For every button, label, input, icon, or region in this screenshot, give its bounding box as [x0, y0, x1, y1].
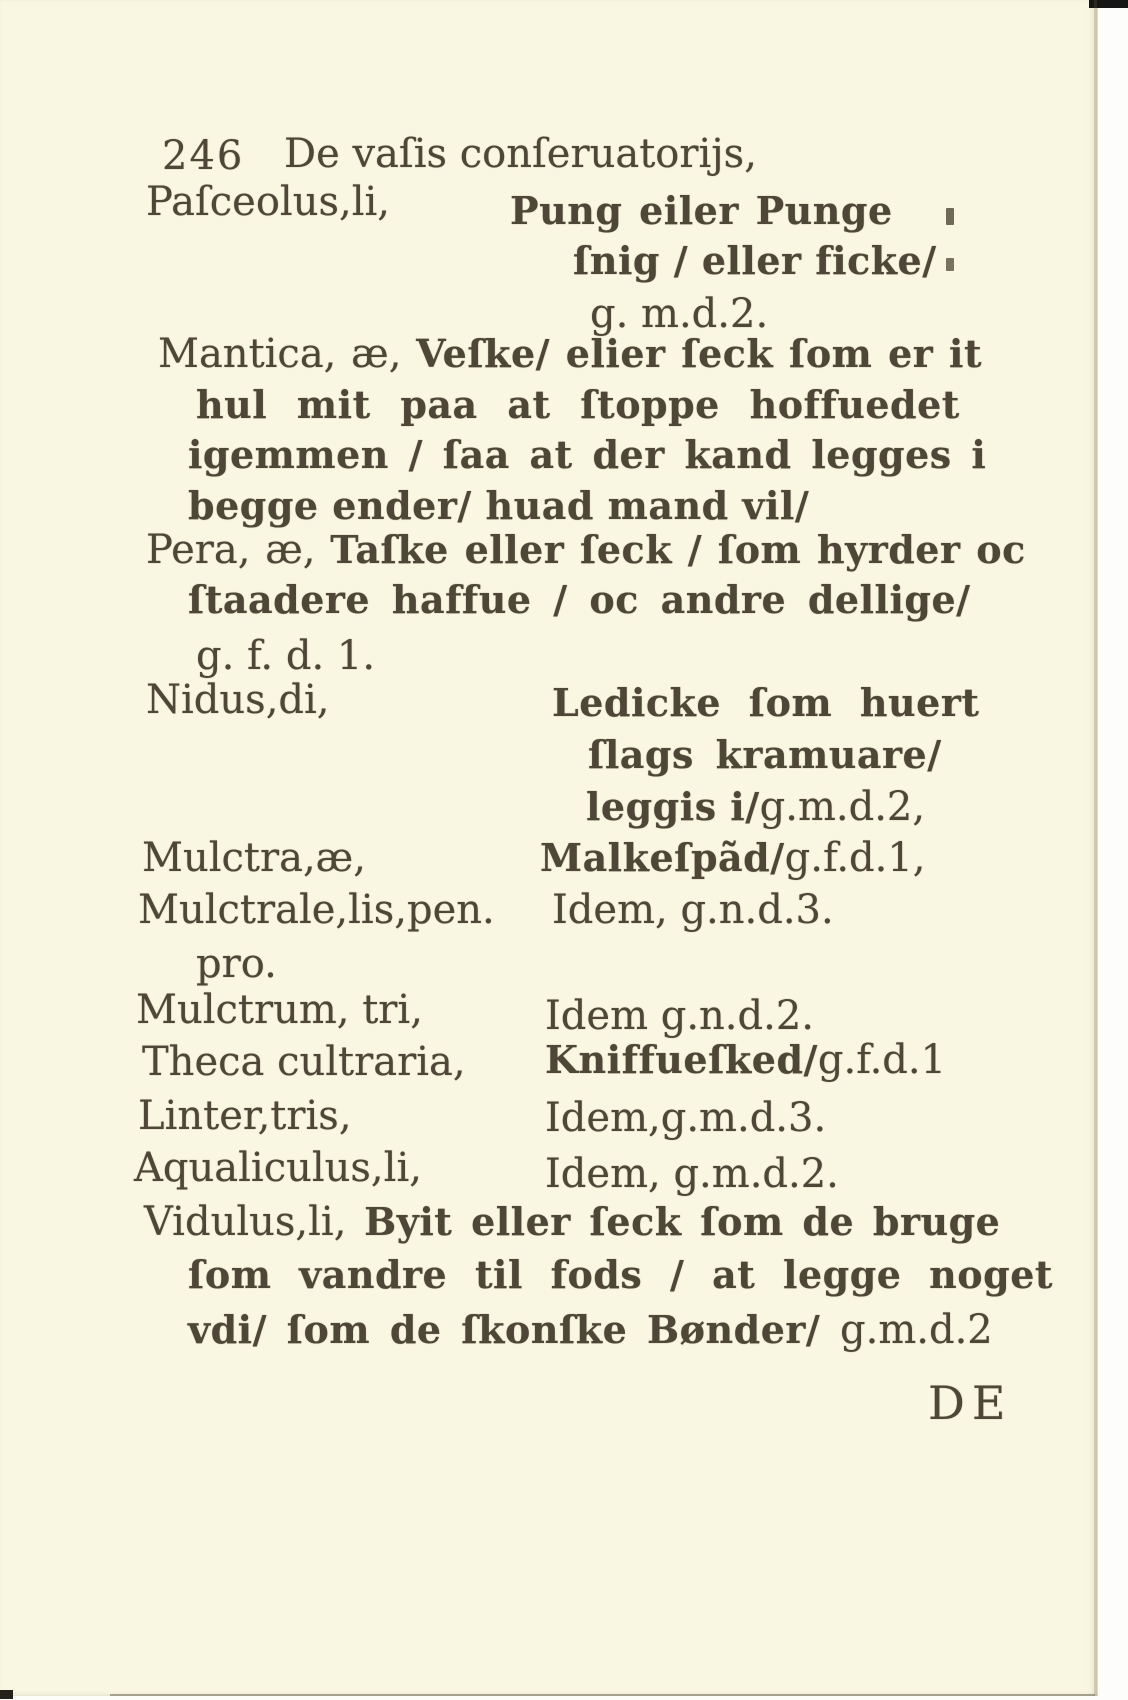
- scan-artifact-bottom-line: [110, 1694, 1095, 1696]
- entry-mulctra-gender: g.f.d.1,: [785, 835, 926, 881]
- scanned-book-page: 246 De vaſis conſeruatorijs, Paſceolus,l…: [0, 0, 1128, 1700]
- entry-mantica-latin: Mantica, æ,: [158, 331, 416, 377]
- entry-mulctra-definition-line: Malkeſpãd/g.f.d.1,: [540, 838, 926, 878]
- entry-mantica-line-3: igemmen / ſaa at der kand legges i: [188, 436, 986, 474]
- entry-mulctrum-definition: Idem g.n.d.2.: [545, 996, 814, 1036]
- entry-vidulus-line-2: ſom vandre til fods / at legge noget: [188, 1256, 1053, 1294]
- entry-mantica-line-4: begge ender/ huad mand vil/: [188, 487, 809, 525]
- entry-pasceolus-gender: g. m.d.2.: [590, 294, 768, 334]
- entry-mulctrale-latin: Mulctrale,lis,pen.: [138, 890, 495, 930]
- entry-vidulus-definition: Byit eller ſeck ſom de bruge: [364, 1199, 1000, 1244]
- entry-mantica-line-2: hul mit paa at ſtoppe hoffuedet: [196, 386, 960, 424]
- entry-vidulus-gender: g.m.d.2: [840, 1307, 993, 1353]
- entry-pera-line-1: Pera, æ, Taſke eller ſeck / ſom hyrder o…: [146, 530, 1026, 570]
- running-header: De vaſis conſeruatorijs,: [284, 134, 757, 174]
- entry-nidus-definition-line-1: Ledicke ſom huert: [552, 684, 979, 722]
- entry-pera-definition: Taſke eller ſeck / ſom hyrder oc: [330, 527, 1026, 572]
- entry-theca-latin: Theca cultraria,: [142, 1042, 466, 1082]
- ink-speck: [946, 208, 954, 225]
- entry-linter-latin: Linter,tris,: [138, 1096, 352, 1136]
- entry-theca-gender: g.f.d.1: [818, 1037, 946, 1083]
- entry-nidus-definition-line-2: ſlags kramuare/: [588, 736, 942, 774]
- entry-mulctra-latin: Mulctra,æ,: [142, 838, 366, 878]
- entry-mulctrum-latin: Mulctrum, tri,: [136, 990, 423, 1030]
- page-number: 246: [162, 136, 244, 176]
- entry-linter-definition: Idem,g.m.d.3.: [545, 1098, 826, 1138]
- entry-pasceolus-latin: Paſceolus,li,: [146, 182, 390, 222]
- entry-mantica-definition: Veſke/ elier ſeck ſom er it: [416, 331, 982, 376]
- entry-nidus-definition-line-3: leggis i/g.m.d.2,: [586, 787, 925, 827]
- entry-theca-definition-line: Kniffueſked/g.f.d.1: [545, 1040, 946, 1080]
- entry-pasceolus-definition-line-2: ſnig / eller ficke/: [573, 242, 937, 280]
- entry-mantica-line-1: Mantica, æ, Veſke/ elier ſeck ſom er it: [158, 334, 982, 374]
- page-edge-shadow: [1094, 0, 1097, 1696]
- catchword: DE: [928, 1380, 1012, 1426]
- entry-pera-latin: Pera, æ,: [146, 527, 330, 573]
- entry-aqualiculus-definition: Idem, g.m.d.2.: [545, 1154, 839, 1194]
- ink-speck: [946, 258, 954, 271]
- entry-nidus-definition-tail: leggis i/: [586, 784, 760, 829]
- entry-pasceolus-definition-line-1: Pung eiler Punge: [510, 192, 893, 230]
- entry-vidulus-line-3: vdi/ ſom de ſkonſke Bønder/ g.m.d.2: [188, 1310, 993, 1350]
- entry-vidulus-latin: Vidulus,li,: [144, 1199, 364, 1245]
- scan-artifact-bottom-corner: [0, 1690, 13, 1699]
- entry-nidus-gender: g.m.d.2,: [760, 784, 925, 830]
- entry-theca-definition: Kniffueſked/: [545, 1037, 818, 1082]
- entry-pera-gender: g. f. d. 1.: [196, 636, 375, 676]
- entry-mulctra-definition: Malkeſpãd/: [540, 835, 785, 880]
- entry-aqualiculus-latin: Aqualiculus,li,: [134, 1148, 422, 1188]
- entry-vidulus-line-1: Vidulus,li, Byit eller ſeck ſom de bruge: [144, 1202, 1000, 1242]
- entry-mulctrale-definition: Idem, g.n.d.3.: [552, 890, 834, 930]
- entry-nidus-latin: Nidus,di,: [146, 680, 330, 720]
- entry-mulctrale-latin-cont: pro.: [196, 944, 277, 984]
- entry-pera-line-2: ſtaadere haffue / oc andre dellige/: [188, 581, 971, 619]
- entry-vidulus-definition-tail: vdi/ ſom de ſkonſke Bønder/: [188, 1307, 840, 1352]
